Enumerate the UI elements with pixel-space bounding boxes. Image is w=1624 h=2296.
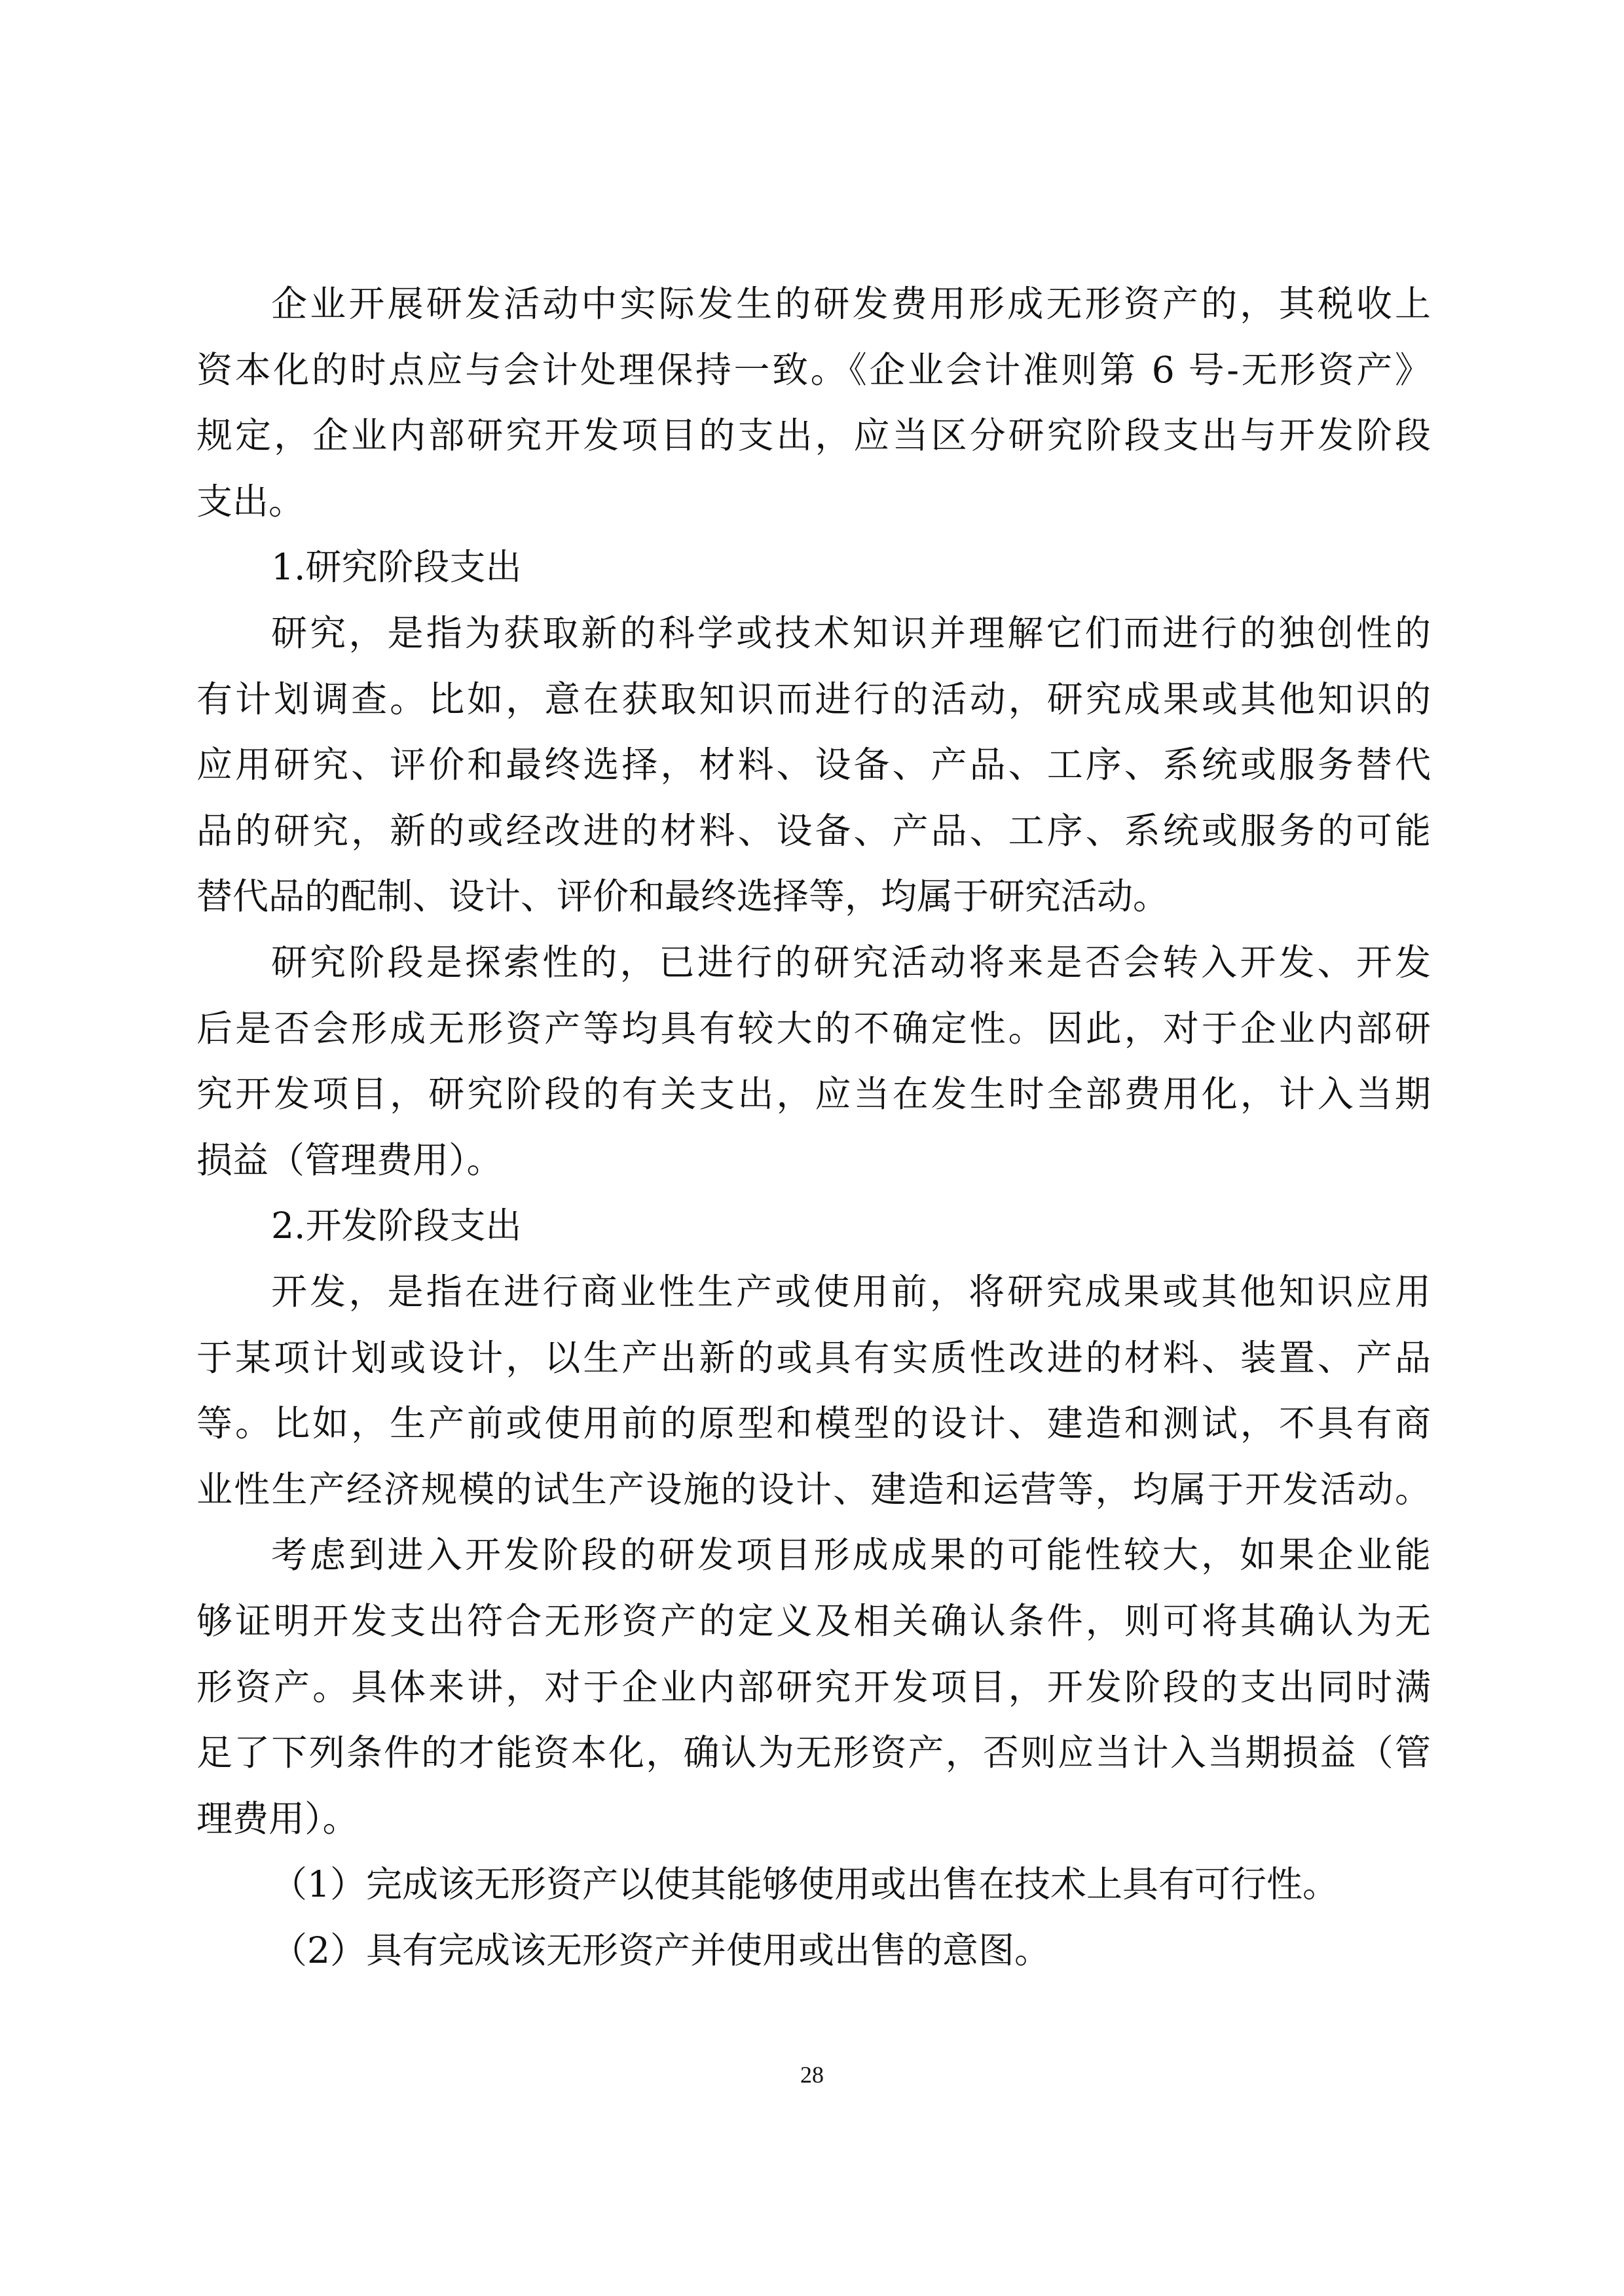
paragraph-line: 规定，企业内部研究开发项目的支出，应当区分研究阶段支出与开发阶段 — [196, 414, 1431, 456]
paragraph-line: 损益（管理费用）。 — [196, 1139, 1431, 1181]
paragraph-line: 形资产。具体来讲，对于企业内部研究开发项目，开发阶段的支出同时满 — [196, 1666, 1431, 1708]
paragraph-line: 开发，是指在进行商业性生产或使用前，将研究成果或其他知识应用 — [271, 1271, 1431, 1313]
section-heading: 2.开发阶段支出 — [271, 1205, 1431, 1247]
paragraph-line: 等。比如，生产前或使用前的原型和模型的设计、建造和测试，不具有商 — [196, 1402, 1431, 1444]
document-page: 企业开展研发活动中实际发生的研发费用形成无形资产的，其税收上资本化的时点应与会计… — [0, 0, 1624, 2296]
paragraph-line: 足了下列条件的才能资本化，确认为无形资产，否则应当计入当期损益（管 — [196, 1732, 1431, 1774]
paragraph-line: 研究阶段是探索性的，已进行的研究活动将来是否会转入开发、开发 — [271, 941, 1431, 983]
paragraph-line: 后是否会形成无形资产等均具有较大的不确定性。因此，对于企业内部研 — [196, 1008, 1431, 1049]
paragraph-line: 应用研究、评价和最终选择，材料、设备、产品、工序、系统或服务替代 — [196, 744, 1431, 786]
paragraph-line: 支出。 — [196, 481, 1431, 522]
page-number: 28 — [779, 2061, 845, 2088]
paragraph-line: 于某项计划或设计，以生产出新的或具有实质性改进的材料、装置、产品 — [196, 1337, 1431, 1379]
section-heading: 1.研究阶段支出 — [271, 546, 1431, 588]
paragraph-line: 企业开展研发活动中实际发生的研发费用形成无形资产的，其税收上 — [271, 283, 1431, 325]
paragraph-line: 够证明开发支出符合无形资产的定义及相关确认条件，则可将其确认为无 — [196, 1600, 1431, 1642]
list-item: （1）完成该无形资产以使其能够使用或出售在技术上具有可行性。 — [271, 1863, 1431, 1905]
paragraph-line: 业性生产经济规模的试生产设施的设计、建造和运营等，均属于开发活动。 — [196, 1468, 1431, 1510]
paragraph-line: 研究，是指为获取新的科学或技术知识并理解它们而进行的独创性的 — [271, 612, 1431, 654]
paragraph-line: 品的研究，新的或经改进的材料、设备、产品、工序、系统或服务的可能 — [196, 810, 1431, 852]
paragraph-line: 有计划调查。比如，意在获取知识而进行的活动，研究成果或其他知识的 — [196, 678, 1431, 720]
paragraph-line: 究开发项目，研究阶段的有关支出，应当在发生时全部费用化，计入当期 — [196, 1073, 1431, 1115]
paragraph-line: 替代品的配制、设计、评价和最终选择等，均属于研究活动。 — [196, 875, 1431, 917]
paragraph-line: 理费用）。 — [196, 1798, 1431, 1840]
paragraph-line: 考虑到进入开发阶段的研发项目形成成果的可能性较大，如果企业能 — [271, 1534, 1431, 1576]
list-item: （2）具有完成该无形资产并使用或出售的意图。 — [271, 1929, 1431, 1971]
paragraph-line: 资本化的时点应与会计处理保持一致。《企业会计准则第 6 号-无形资产》 — [196, 349, 1431, 391]
